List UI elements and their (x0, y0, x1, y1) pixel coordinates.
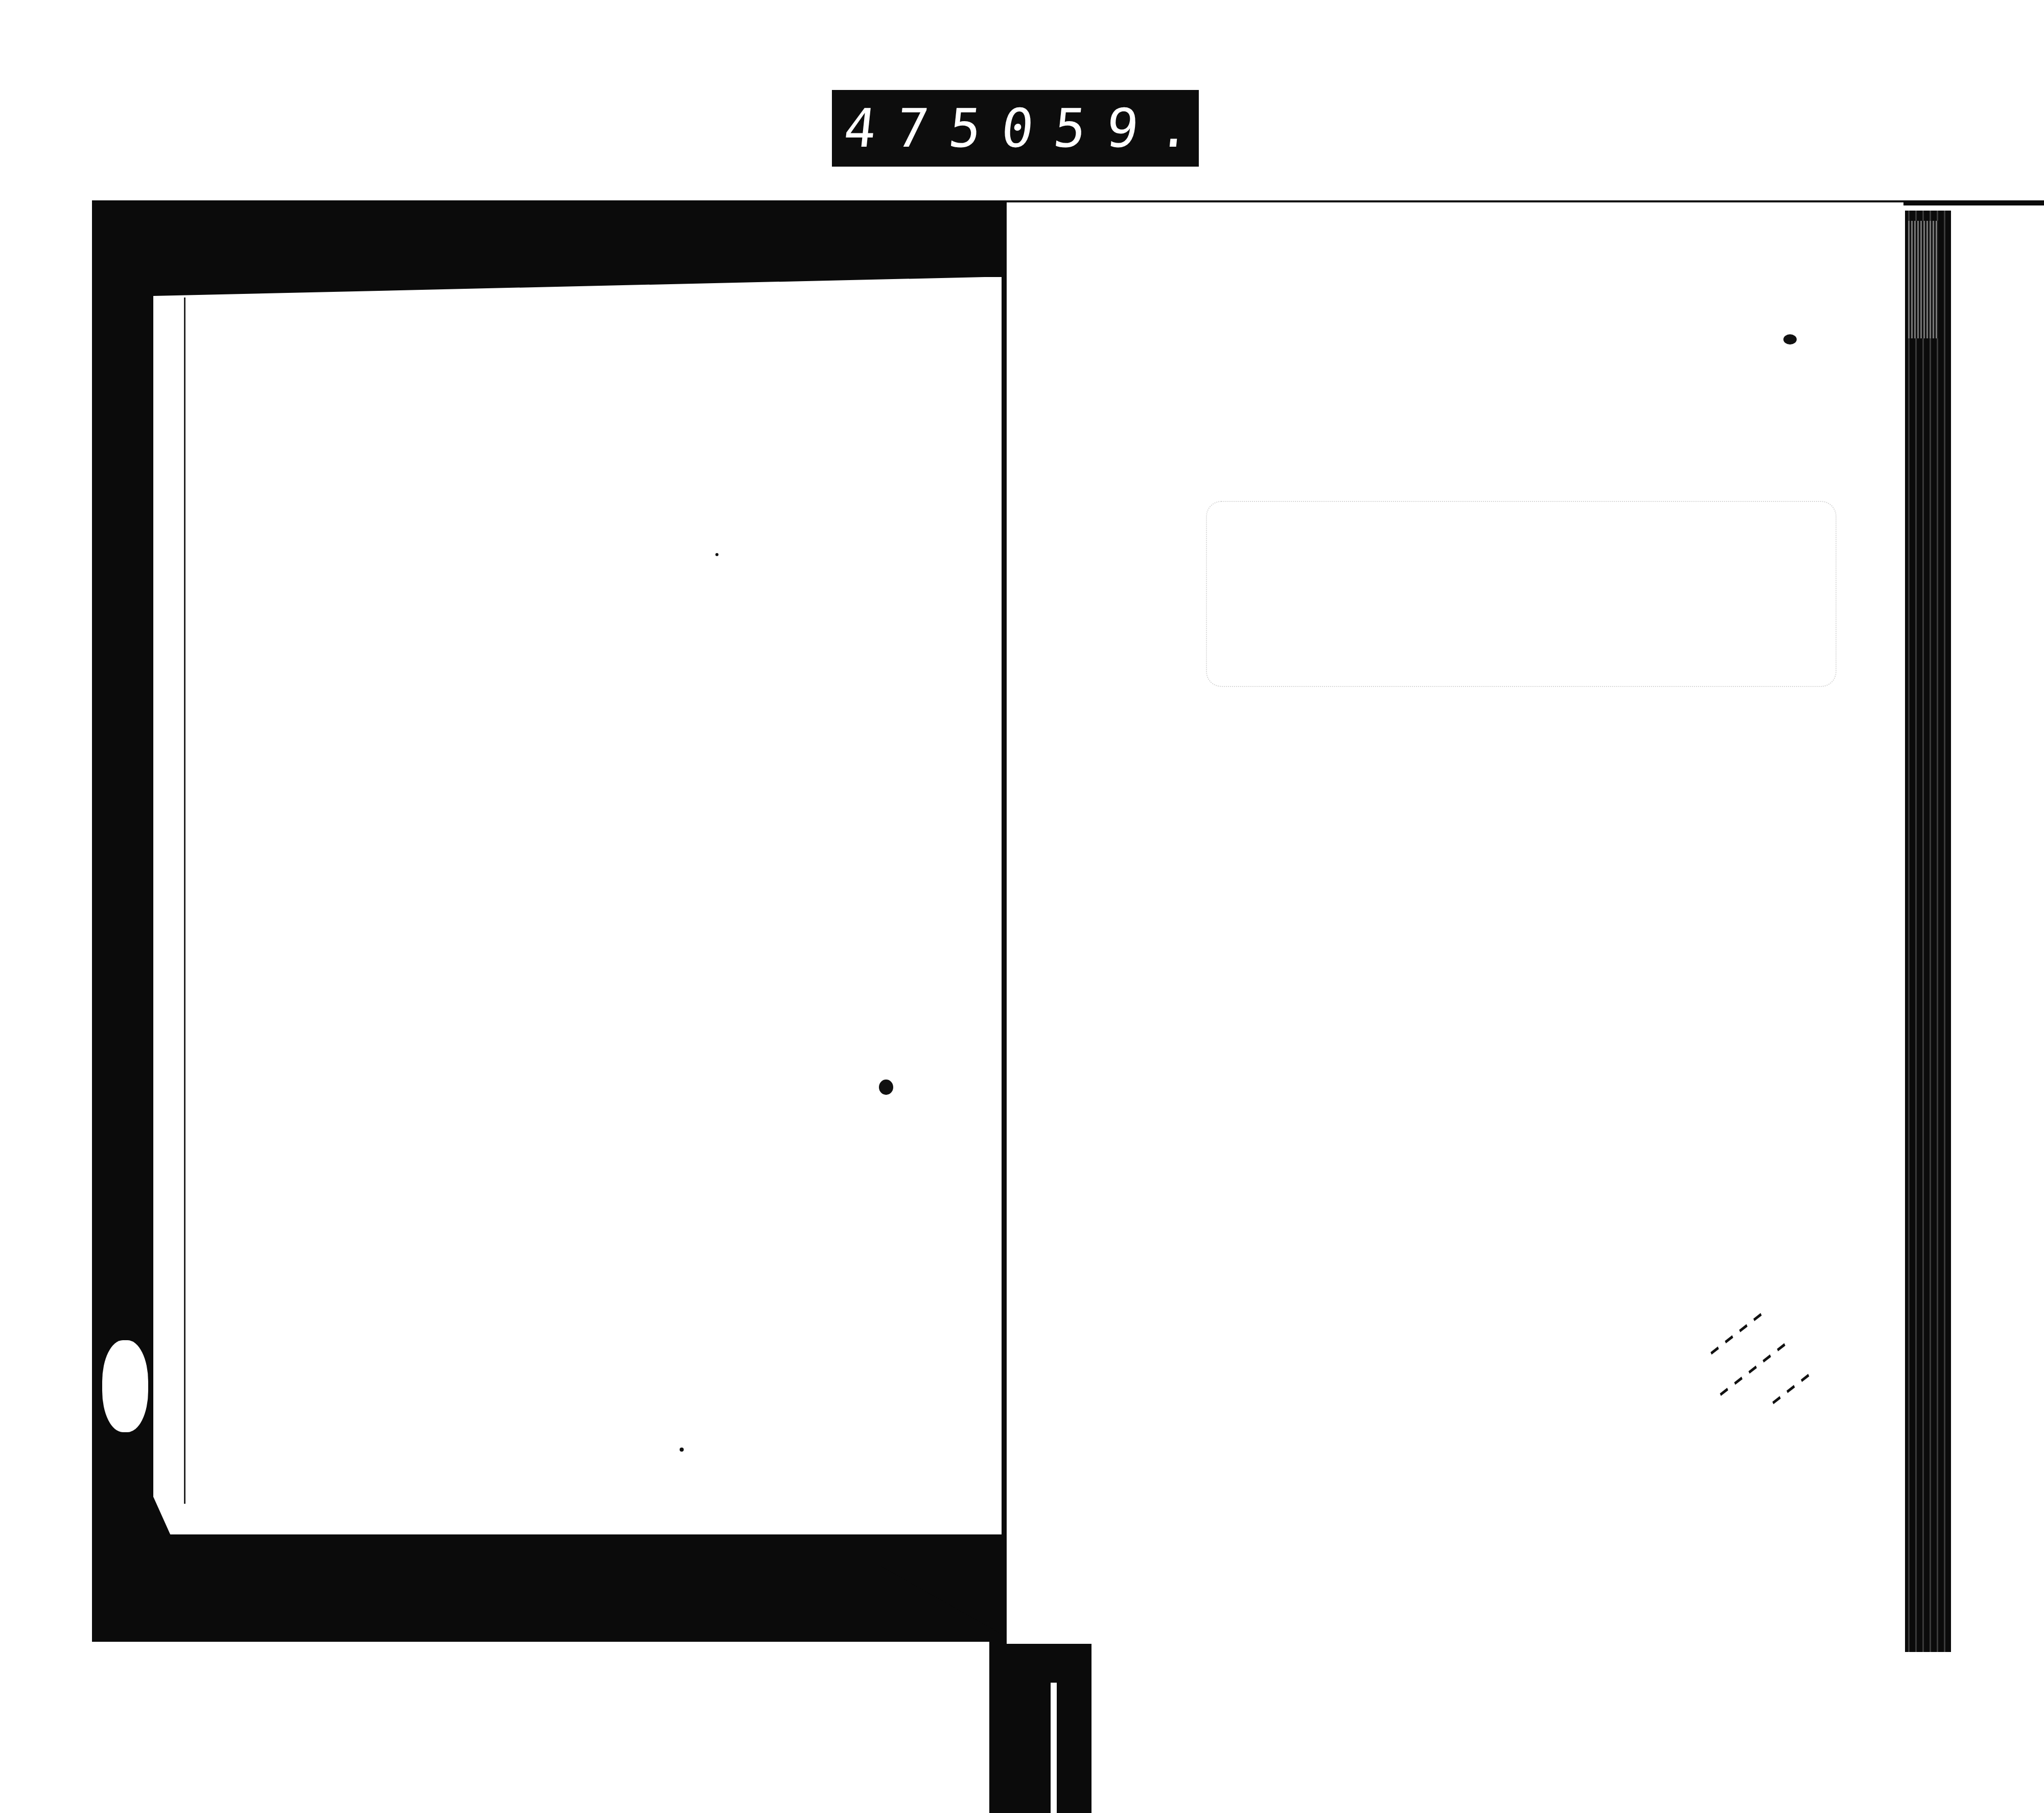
frame-counter: 475 059. (832, 90, 1199, 167)
spine-highlight (1051, 1683, 1057, 1813)
spine-bottom-edge (989, 1642, 1091, 1813)
book-gutter (1002, 200, 1007, 1642)
top-edge-rule (1903, 200, 2044, 205)
frame-counter-right: 059. (998, 102, 1214, 155)
frame-counter-left: 475 (842, 102, 1005, 155)
ink-speck (715, 553, 718, 556)
page-edge-highlight (1908, 221, 1939, 338)
ink-speck (879, 1080, 893, 1095)
left-cover-board (92, 200, 1002, 1642)
left-endpaper (153, 277, 1002, 1534)
page-fore-edges (1905, 211, 1951, 1652)
worn-spot (102, 1340, 148, 1432)
left-endpaper-fold (184, 297, 1002, 1504)
left-board-corner (879, 1565, 1002, 1642)
bleed-through-rectangle (1206, 501, 1837, 687)
ink-speck (1783, 334, 1797, 345)
ink-speck (680, 1448, 684, 1452)
